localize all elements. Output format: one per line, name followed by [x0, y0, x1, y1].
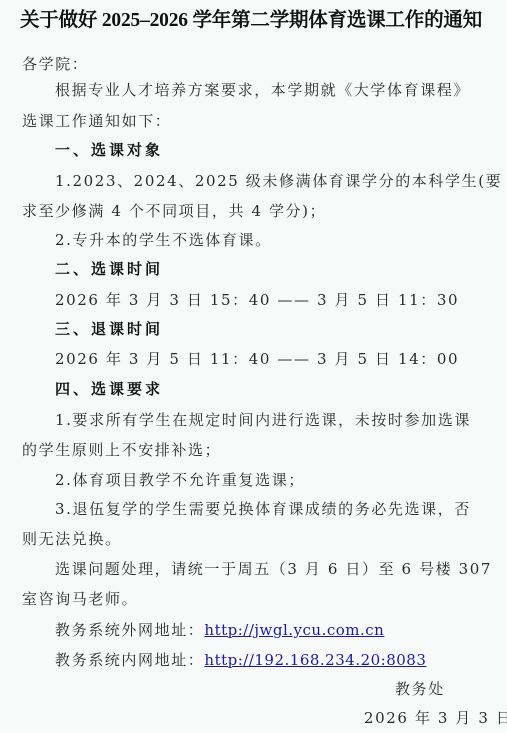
notice-title: 关于做好 2025–2026 学年第二学期体育选课工作的通知 [20, 4, 482, 32]
external-address-label: 教务系统外网地址： [55, 621, 204, 639]
section-4-item-1-line-1: 1.要求所有学生在规定时间内进行选课，未按时参加选课 [55, 410, 471, 430]
section-heading-selection-time: 二、选课时间 [55, 259, 163, 279]
section-heading-requirements: 四、选课要求 [55, 379, 163, 399]
internal-address-row: 教务系统内网地址：http://192.168.234.20:8083 [55, 650, 426, 670]
section-heading-targets: 一、选课对象 [55, 140, 163, 160]
external-address-row: 教务系统外网地址：http://jwgl.ycu.com.cn [55, 620, 384, 640]
drop-time-range: 2026 年 3 月 5 日 11：40 —— 3 月 5 日 14：00 [55, 349, 459, 369]
salutation: 各学院： [22, 54, 88, 74]
intro-line-1: 根据专业人才培养方案要求，本学期就《大学体育课程》 [55, 80, 470, 100]
section-1-item-1-line-2: 求至少修满 4 个不同项目，共 4 学分)； [22, 201, 326, 221]
section-1-item-2: 2.专升本的学生不选体育课。 [55, 230, 272, 250]
section-4-item-3-line-1: 3.退伍复学的学生需要兑换体育课成绩的务必先选课，否 [55, 499, 471, 519]
internal-address-link[interactable]: http://192.168.234.20:8083 [204, 651, 426, 669]
section-heading-drop-time: 三、退课时间 [55, 319, 163, 339]
section-4-item-1-line-2: 的学生原则上不安排补选； [22, 440, 221, 460]
section-4-item-3-line-2: 则无法兑换。 [22, 529, 122, 549]
intro-line-2: 选课工作通知如下： [22, 111, 171, 131]
section-1-item-1-line-1: 1.2023、2024、2025 级未修满体育课学分的本科学生(要 [55, 171, 502, 191]
selection-time-range: 2026 年 3 月 3 日 15：40 —— 3 月 5 日 11：30 [55, 290, 459, 310]
signature-date: 2026 年 3 月 3 日 [364, 708, 507, 728]
signature-office: 教务处 [395, 679, 445, 699]
contact-line-2: 室咨询马老师。 [22, 589, 138, 609]
internal-address-label: 教务系统内网地址： [55, 651, 204, 669]
external-address-link[interactable]: http://jwgl.ycu.com.cn [204, 621, 384, 639]
section-4-item-2: 2.体育项目教学不允许重复选课； [55, 470, 305, 490]
contact-line-1: 选课问题处理，请统一于周五（3 月 6 日）至 6 号楼 307 [55, 559, 492, 579]
